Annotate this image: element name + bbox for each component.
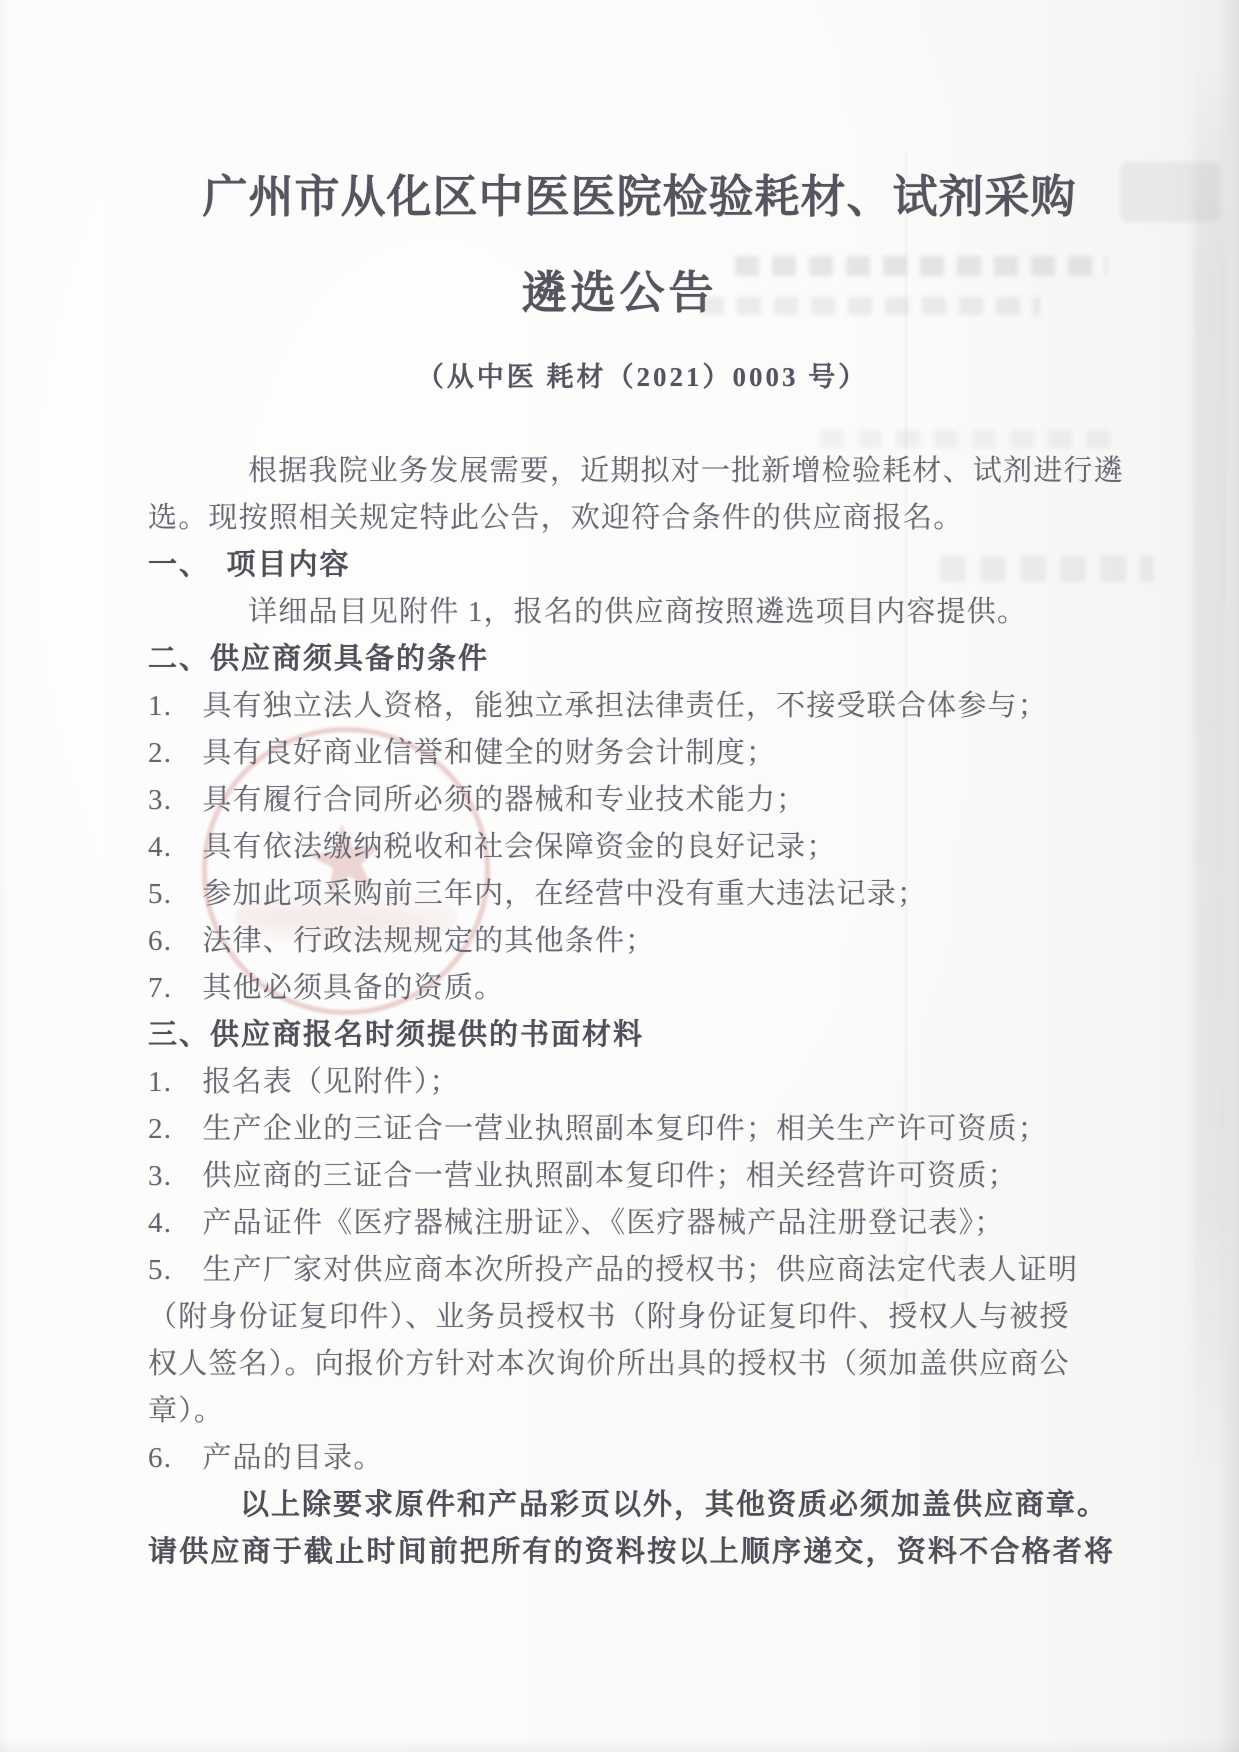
text-line: 6. 产品的目录。 bbox=[148, 1435, 1239, 1482]
text-line: 7. 其他必须具备的资质。 bbox=[148, 965, 1239, 1012]
bleedthrough-mark bbox=[820, 430, 1120, 448]
text-line: 1. 报名表（见附件）； bbox=[148, 1059, 1239, 1106]
text-line: 详细品目见附件 1，报名的供应商按照遴选项目内容提供。 bbox=[148, 589, 1239, 636]
text-line: 请供应商于截止时间前把所有的资料按以上顺序递交，资料不合格者将 bbox=[148, 1529, 1239, 1576]
scanned-document-page: ★ 广州市从化区中医医院检验耗材、试剂采购 遴选公告 （从中医 耗材（2021）… bbox=[0, 0, 1239, 1752]
doc-number: （从中医 耗材（2021）0003 号） bbox=[0, 358, 1239, 396]
text-line: 以上除要求原件和产品彩页以外，其他资质必须加盖供应商章。 bbox=[148, 1482, 1239, 1529]
doc-title-line1: 广州市从化区中医医院检验耗材、试剂采购 bbox=[0, 0, 1239, 224]
text-line: 2. 生产企业的三证合一营业执照副本复印件；相关生产许可资质； bbox=[148, 1106, 1239, 1153]
text-line: 选。现按照相关规定特此公告，欢迎符合条件的供应商报名。 bbox=[148, 495, 1239, 542]
text-line: 三、供应商报名时须提供的书面材料 bbox=[148, 1012, 1239, 1059]
doc-title-line2: 遴选公告 bbox=[0, 266, 1239, 320]
text-line: 权人签名）。向报价方针对本次询价所出具的授权书（须加盖供应商公 bbox=[148, 1341, 1239, 1388]
text-line: 一、 项目内容 bbox=[148, 542, 1239, 589]
text-line: 2. 具有良好商业信誉和健全的财务会计制度； bbox=[148, 730, 1239, 777]
text-line: 5. 生产厂家对供应商本次所投产品的授权书；供应商法定代表人证明 bbox=[148, 1247, 1239, 1294]
text-line: 1. 具有独立法人资格，能独立承担法律责任，不接受联合体参与； bbox=[148, 683, 1239, 730]
text-line: （附身份证复印件）、业务员授权书（附身份证复印件、授权人与被授 bbox=[148, 1294, 1239, 1341]
document-body: 根据我院业务发展需要，近期拟对一批新增检验耗材、试剂进行遴选。现按照相关规定特此… bbox=[0, 448, 1239, 1576]
text-line: 5. 参加此项采购前三年内，在经营中没有重大违法记录； bbox=[148, 871, 1239, 918]
text-line: 3. 具有履行合同所必须的器械和专业技术能力； bbox=[148, 777, 1239, 824]
text-line: 4. 产品证件《医疗器械注册证》、《医疗器械产品注册登记表》； bbox=[148, 1200, 1239, 1247]
text-line: 章）。 bbox=[148, 1388, 1239, 1435]
text-line: 3. 供应商的三证合一营业执照副本复印件；相关经营许可资质； bbox=[148, 1153, 1239, 1200]
text-line: 根据我院业务发展需要，近期拟对一批新增检验耗材、试剂进行遴 bbox=[148, 448, 1239, 495]
text-line: 二、供应商须具备的条件 bbox=[148, 636, 1239, 683]
text-line: 4. 具有依法缴纳税收和社会保障资金的良好记录； bbox=[148, 824, 1239, 871]
text-line: 6. 法律、行政法规规定的其他条件； bbox=[148, 918, 1239, 965]
